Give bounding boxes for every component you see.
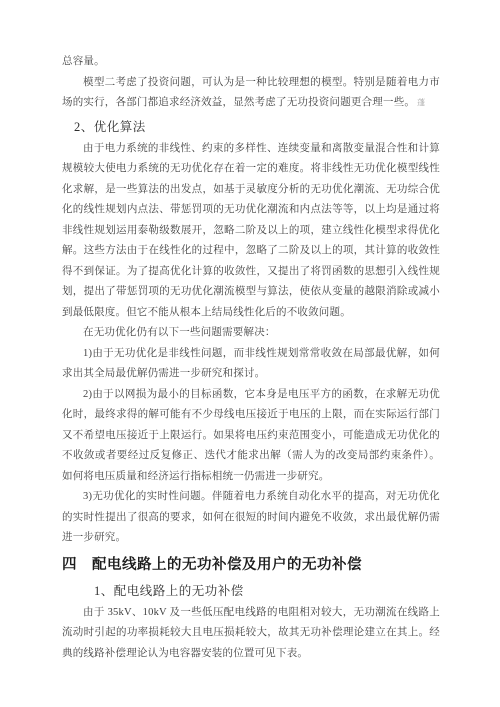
paragraph-continuation-total-capacity: 总容量。	[62, 52, 440, 73]
paragraph-problem-1: 1)由于无功优化是非线性问题，而非线性规划常常收敛在局部最优解，如何求出其全局最…	[62, 344, 440, 385]
document-page: 总容量。 模型二考虑了投资问题，可认为是一种比较理想的模型。特别是随着电力市场的…	[0, 0, 500, 707]
stray-gray-character: 蓬	[415, 98, 425, 107]
paragraph-model-two-text: 模型二考虑了投资问题，可认为是一种比较理想的模型。特别是随着电力市场的实行，各部…	[62, 77, 440, 109]
subheading-distribution-line-compensation: 1、配电线路上的无功补偿	[62, 580, 440, 602]
paragraph-model-two: 模型二考虑了投资问题，可认为是一种比较理想的模型。特别是随着电力市场的实行，各部…	[62, 73, 440, 114]
paragraph-distribution-line-body: 由于 35kV、10kV 及一些低压配电线路的电阻相对较大，无功潮流在线路上流动…	[62, 603, 440, 665]
section-heading-4-reactive-compensation: 四 配电线路上的无功补偿及用户的无功补偿	[62, 553, 440, 577]
paragraph-problem-3: 3)无功优化的实时性问题。伴随着电力系统自动化水平的提高，对无功优化的实时性提出…	[62, 487, 440, 549]
paragraph-problem-2: 2)由于以网损为最小的目标函数，它本身是电压平方的函数，在求解无功优化时，最终求…	[62, 385, 440, 488]
paragraph-optimization-methods: 由于电力系统的非线性、约束的多样性、连续变量和离散变量混合性和计算规模较大使电力…	[62, 139, 440, 324]
subheading-optimization-algorithm: 2、优化算法	[62, 116, 440, 138]
paragraph-problems-intro: 在无功优化仍有以下一些问题需要解决：	[62, 323, 440, 344]
